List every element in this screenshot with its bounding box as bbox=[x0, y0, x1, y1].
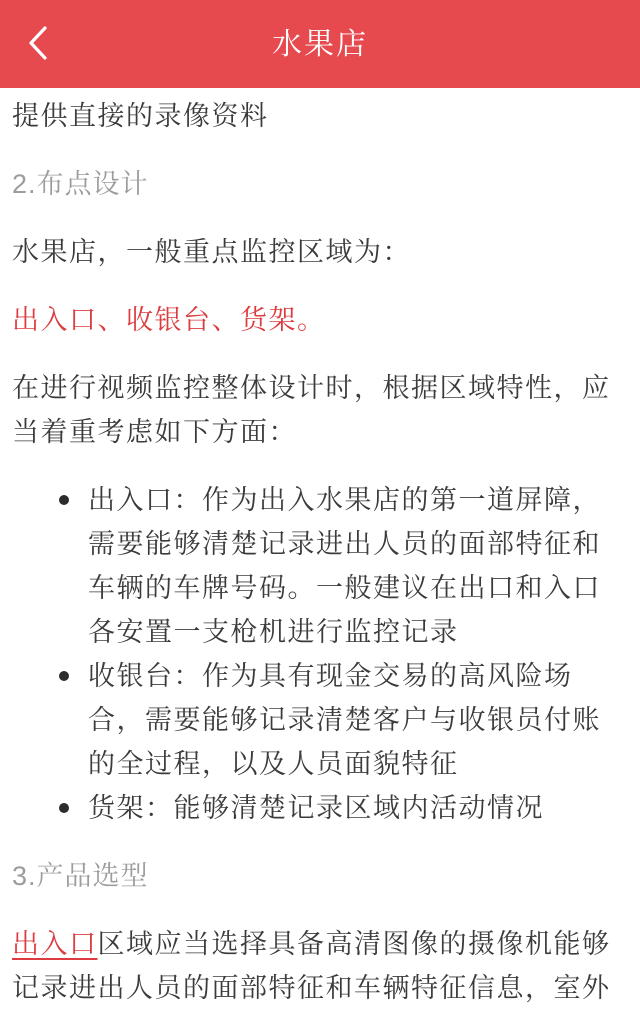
bullet-dot-icon bbox=[59, 495, 69, 505]
back-button[interactable] bbox=[10, 12, 66, 76]
entrance-link[interactable]: 出入口 bbox=[12, 929, 98, 959]
list-item-text: 收银台：作为具有现金交易的高风险场合，需要能够记录清楚客户与收银员付账的全过程，… bbox=[88, 661, 601, 779]
bullet-dot-icon bbox=[59, 671, 69, 681]
paragraph-focus-areas: 水果店，一般重点监控区域为： bbox=[12, 230, 628, 274]
bullet-dot-icon bbox=[59, 803, 69, 813]
paragraph-design-intro: 在进行视频监控整体设计时，根据区域特性，应当着重考虑如下方面： bbox=[12, 366, 628, 454]
navbar: 水果店 bbox=[0, 0, 640, 88]
paragraph-product-rest: 区域应当选择具备高清图像的摄像机能够记录进出人员的面部特征和车辆特征信息，室外 bbox=[12, 929, 611, 1003]
bullet-list: 出入口：作为出入水果店的第一道屏障，需要能够清楚记录进出人员的面部特征和车辆的车… bbox=[12, 478, 628, 830]
paragraph-intro: 提供直接的录像资料 bbox=[12, 94, 628, 138]
list-item-shelf: 货架：能够清楚记录区域内活动情况 bbox=[88, 786, 628, 830]
chevron-left-icon bbox=[27, 25, 49, 64]
paragraph-product: 出入口区域应当选择具备高清图像的摄像机能够记录进出人员的面部特征和车辆特征信息，… bbox=[12, 922, 628, 1010]
list-item-text: 出入口：作为出入水果店的第一道屏障，需要能够清楚记录进出人员的面部特征和车辆的车… bbox=[88, 485, 601, 647]
article-content: 提供直接的录像资料 2.布点设计 水果店，一般重点监控区域为： 出入口、收银台、… bbox=[0, 88, 640, 1010]
list-item-entrance: 出入口：作为出入水果店的第一道屏障，需要能够清楚记录进出人员的面部特征和车辆的车… bbox=[88, 478, 628, 654]
page-title: 水果店 bbox=[272, 19, 368, 63]
list-item-text: 货架：能够清楚记录区域内活动情况 bbox=[88, 793, 544, 823]
paragraph-highlight-areas: 出入口、收银台、货架。 bbox=[12, 298, 628, 342]
list-item-cashier: 收银台：作为具有现金交易的高风险场合，需要能够记录清楚客户与收银员付账的全过程，… bbox=[88, 654, 628, 786]
app-screen: 水果店 提供直接的录像资料 2.布点设计 水果店，一般重点监控区域为： 出入口、… bbox=[0, 0, 640, 1010]
section-heading-layout: 2.布点设计 bbox=[12, 162, 628, 206]
section-heading-product: 3.产品选型 bbox=[12, 854, 628, 898]
